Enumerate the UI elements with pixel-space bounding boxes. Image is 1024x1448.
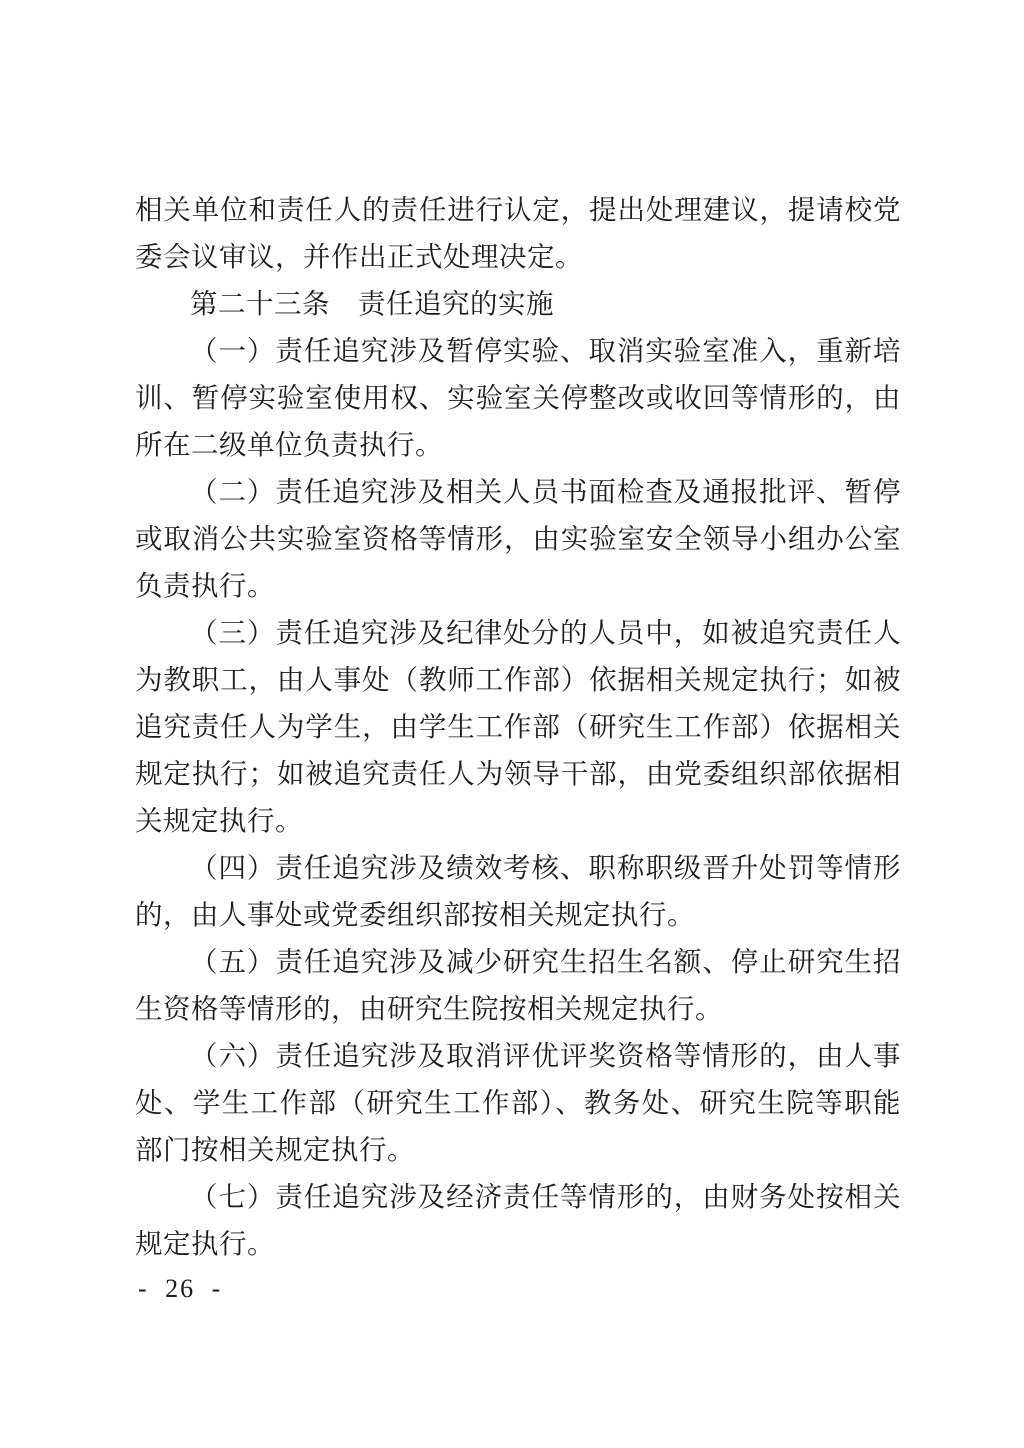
paragraph-article-23-heading: 第二十三条 责任追究的实施 xyxy=(135,280,901,327)
paragraph-item-5: （五）责任追究涉及减少研究生招生名额、停止研究生招生资格等情形的，由研究生院按相… xyxy=(135,938,901,1032)
paragraph-item-3: （三）责任追究涉及纪律处分的人员中，如被追究责任人为教职工，由人事处（教师工作部… xyxy=(135,609,901,844)
paragraph-item-2: （二）责任追究涉及相关人员书面检查及通报批评、暂停或取消公共实验室资格等情形，由… xyxy=(135,468,901,609)
document-page: 相关单位和责任人的责任进行认定，提出处理建议，提请校党委会议审议，并作出正式处理… xyxy=(0,0,1024,1448)
paragraph-item-4: （四）责任追究涉及绩效考核、职称职级晋升处罚等情形的，由人事处或党委组织部按相关… xyxy=(135,844,901,938)
paragraph-item-1: （一）责任追究涉及暂停实验、取消实验室准入，重新培训、暂停实验室使用权、实验室关… xyxy=(135,327,901,468)
paragraph-item-7: （七）责任追究涉及经济责任等情形的，由财务处按相关规定执行。 xyxy=(135,1173,901,1267)
page-number: - 26 - xyxy=(138,1274,222,1304)
document-body: 相关单位和责任人的责任进行认定，提出处理建议，提请校党委会议审议，并作出正式处理… xyxy=(135,186,901,1267)
paragraph-continuation: 相关单位和责任人的责任进行认定，提出处理建议，提请校党委会议审议，并作出正式处理… xyxy=(135,186,901,280)
paragraph-item-6: （六）责任追究涉及取消评优评奖资格等情形的，由人事处、学生工作部（研究生工作部）… xyxy=(135,1032,901,1173)
